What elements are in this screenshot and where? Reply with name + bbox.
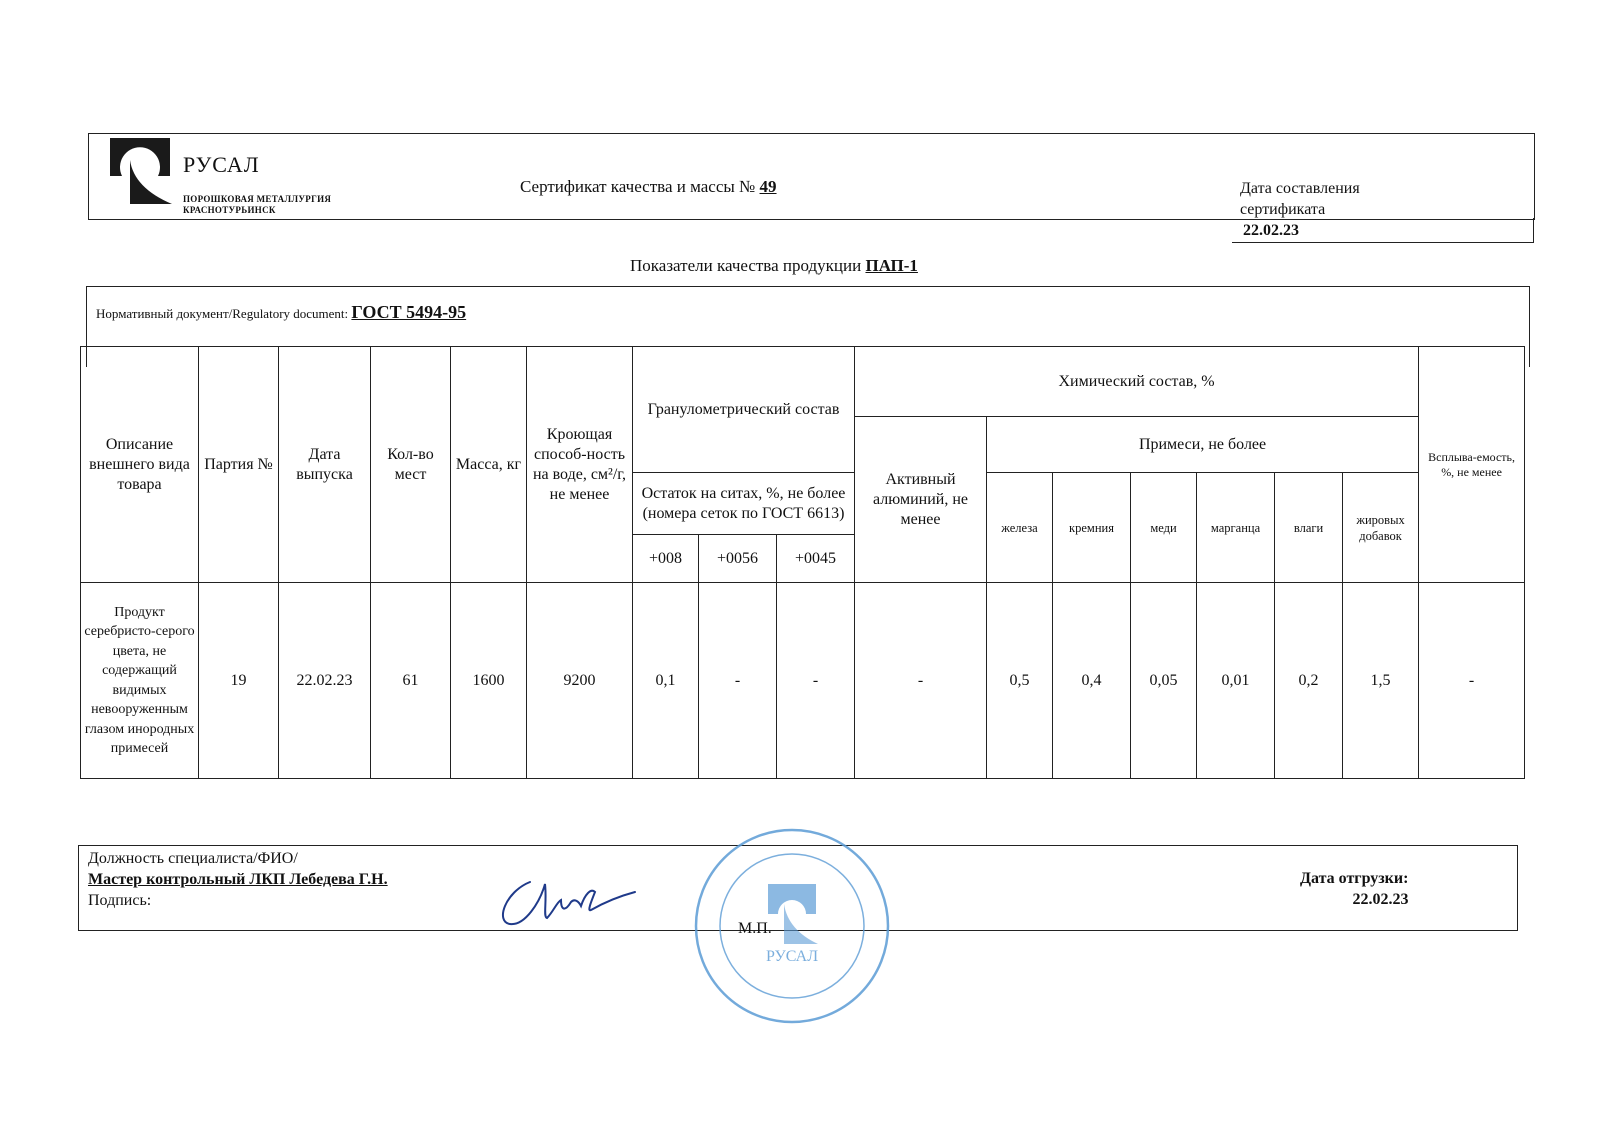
svg-text:РУСАЛ: РУСАЛ (766, 948, 818, 965)
cell-sieve-0056: - (699, 583, 777, 779)
cell-places: 61 (371, 583, 451, 779)
cell-copper: 0,05 (1131, 583, 1197, 779)
company-stamp-icon: РУСАЛ (692, 826, 892, 1026)
header-copper: меди (1131, 473, 1197, 583)
header-silicon: кремния (1053, 473, 1131, 583)
ship-label: Дата отгрузки: (1300, 868, 1408, 889)
cell-active-al: - (855, 583, 987, 779)
header-moisture: влаги (1275, 473, 1343, 583)
header-manganese: марганца (1197, 473, 1275, 583)
header-active-al: Активный алюминий, не менее (855, 417, 987, 583)
header-covering: Кроющая способ-ность на воде, см²/г, не … (527, 347, 633, 583)
header-sieve-0056: +0056 (699, 535, 777, 583)
quality-title: Показатели качества продукции ПАП-1 (630, 256, 918, 276)
certificate-number: 49 (760, 177, 777, 196)
certificate-date: Дата составления сертификата 22.02.23 (1240, 178, 1360, 241)
certificate-title: Сертификат качества и массы № 49 (520, 177, 777, 197)
brand-subtitle: ПОРОШКОВАЯ МЕТАЛЛУРГИЯ КРАСНОТУРЬИНСК (183, 194, 331, 216)
header-granulometric: Гранулометрический состав (633, 347, 855, 473)
cell-mass: 1600 (451, 583, 527, 779)
cell-manganese: 0,01 (1197, 583, 1275, 779)
cell-floatability: - (1419, 583, 1525, 779)
header-fat-additives: жировых добавок (1343, 473, 1419, 583)
header-iron: железа (987, 473, 1053, 583)
header-description: Описание внешнего вида товара (81, 347, 199, 583)
position-label: Должность специалиста/ФИО/ (88, 848, 388, 869)
regulatory-document: Нормативный документ/Regulatory document… (96, 302, 466, 323)
stamp-label: М.П. (738, 920, 772, 938)
brand-name: РУСАЛ (183, 152, 260, 178)
shipment-date-block: Дата отгрузки: 22.02.23 (1300, 868, 1408, 910)
product-code: ПАП-1 (865, 256, 917, 275)
cell-fat-additives: 1,5 (1343, 583, 1419, 779)
ship-date: 22.02.23 (1300, 889, 1408, 910)
cell-sieve-008: 0,1 (633, 583, 699, 779)
cell-description: Продукт серебристо-серого цвета, не соде… (81, 583, 199, 779)
cell-moisture: 0,2 (1275, 583, 1343, 779)
header-release-date: Дата выпуска (279, 347, 371, 583)
position-value: Мастер контрольный ЛКП Лебедева Г.Н. (88, 869, 388, 890)
specialist-block: Должность специалиста/ФИО/ Мастер контро… (88, 848, 388, 911)
cell-release-date: 22.02.23 (279, 583, 371, 779)
header-impurities: Примеси, не более (987, 417, 1419, 473)
regulatory-value: ГОСТ 5494-95 (351, 302, 466, 322)
header-places: Кол-во мест (371, 347, 451, 583)
header-mass: Масса, кг (451, 347, 527, 583)
quality-table: Описание внешнего вида товара Партия № Д… (80, 346, 1525, 779)
cell-covering: 9200 (527, 583, 633, 779)
header-sieve-0045: +0045 (777, 535, 855, 583)
cell-iron: 0,5 (987, 583, 1053, 779)
rusal-logo-icon (110, 138, 174, 204)
cell-sieve-0045: - (777, 583, 855, 779)
header-floatability: Всплыва-емость, %, не менее (1419, 347, 1525, 583)
signature-label: Подпись: (88, 890, 388, 911)
cell-batch: 19 (199, 583, 279, 779)
header-sieve-residue: Остаток на ситах, %, не более (номера се… (633, 473, 855, 535)
header-batch: Партия № (199, 347, 279, 583)
signature-icon (495, 872, 645, 932)
table-row: Продукт серебристо-серого цвета, не соде… (81, 583, 1525, 779)
header-sieve-008: +008 (633, 535, 699, 583)
cell-silicon: 0,4 (1053, 583, 1131, 779)
header-chemical: Химический состав, % (855, 347, 1419, 417)
